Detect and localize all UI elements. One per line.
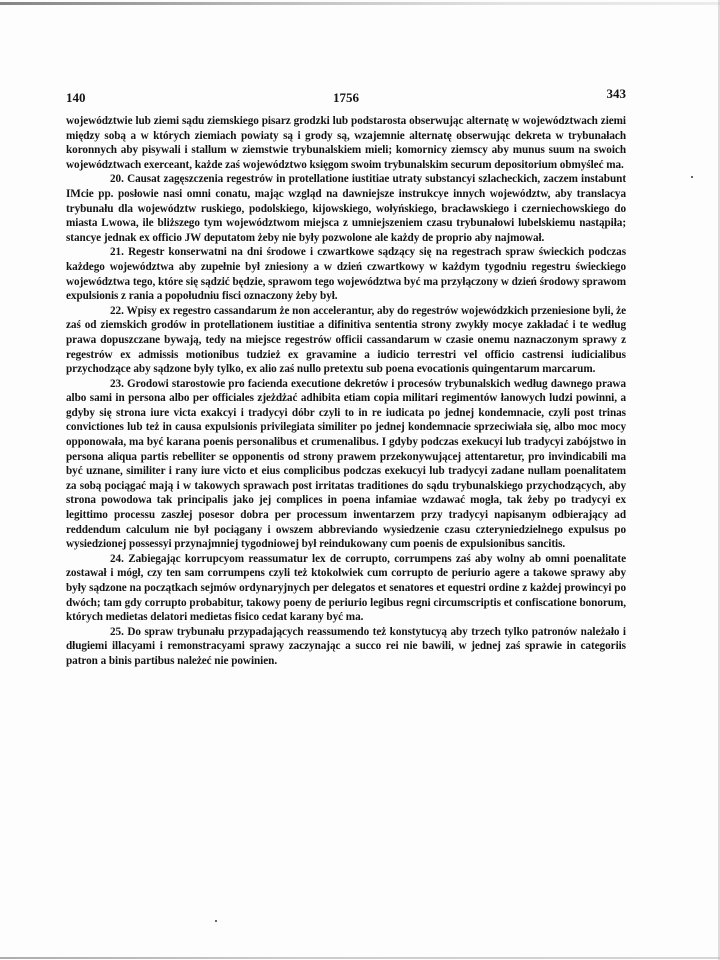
paragraph-text: Zabiegając korrupcyom reassumatur lex de… (66, 553, 626, 623)
scan-speck (691, 176, 693, 178)
year-heading: 1756 (66, 90, 626, 106)
paragraph-text: Do spraw trybunału przypadających reassu… (66, 626, 626, 667)
paragraph-continuation: województwie lub ziemi sądu ziemskiego p… (66, 114, 626, 172)
paragraph-25: 25. Do spraw trybunału przypadających re… (66, 625, 626, 669)
paragraph-text: Regestr konserwatni na dni środowe i czw… (66, 246, 626, 302)
right-page-number: 343 (607, 86, 627, 102)
paragraph-text: województwie lub ziemi sądu ziemskiego p… (66, 115, 626, 171)
paragraph-text: Grodowi starostowie pro facienda executi… (66, 378, 626, 551)
paragraph-text: Wpisy ex regestro cassandarum że non acc… (66, 305, 626, 375)
body-text: województwie lub ziemi sądu ziemskiego p… (66, 114, 626, 669)
paragraph-21: 21. Regestr konserwatni na dni środowe i… (66, 245, 626, 303)
scan-speck (215, 920, 217, 922)
paragraph-number: 22. (110, 305, 124, 317)
paragraph-number: 25. (110, 626, 124, 638)
paragraph-24: 24. Zabiegając korrupcyom reassumatur le… (66, 552, 626, 625)
paragraph-text: Causat zagęszczenia regestrów in protell… (66, 173, 626, 243)
paragraph-20: 20. Causat zagęszczenia regestrów in pro… (66, 172, 626, 245)
paragraph-23: 23. Grodowi starostowie pro facienda exe… (66, 377, 626, 552)
paragraph-number: 20. (110, 173, 124, 185)
running-head: 140 1756 343 (66, 90, 626, 110)
paragraph-22: 22. Wpisy ex regestro cassandarum że non… (66, 304, 626, 377)
scan-edge-top (0, 2, 720, 5)
paragraph-number: 21. (110, 246, 124, 258)
document-page: 140 1756 343 województwie lub ziemi sądu… (66, 90, 626, 669)
paragraph-number: 23. (110, 378, 124, 390)
scan-edge-bottom (0, 957, 720, 959)
paragraph-number: 24. (110, 553, 124, 565)
